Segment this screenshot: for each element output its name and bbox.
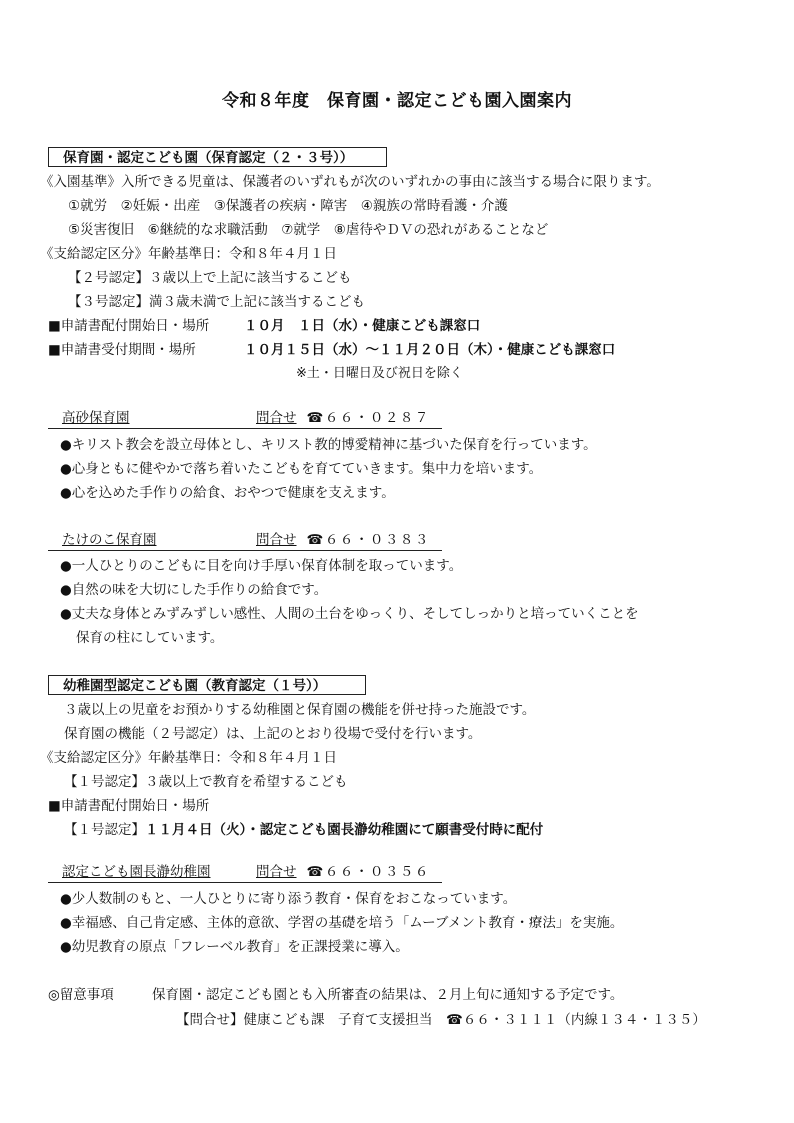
certification-category: 《支給認定区分》年齢基準日：令和８年４月１日 — [40, 244, 337, 264]
facility-header-takasago: 高砂保育園 問合せ☎６６・０２８７ — [48, 408, 442, 429]
page-title: 令和８年度 保育園・認定こども園入園案内 — [0, 86, 794, 111]
facility-name: たけのこ保育園 — [62, 530, 157, 550]
facility-name: 認定こども園長瀞幼稚園 — [62, 862, 211, 882]
facility-bullet-continued: 保育の柱にしています。 — [76, 628, 223, 648]
distribution-label: ■申請書配付開始日・場所 — [48, 316, 209, 336]
section2-description-2: 保育園の機能（２号認定）は、上記のとおり役場で受付を行います。 — [64, 724, 481, 744]
facility-bullet: ●心身ともに健やかで落ち着いたこどもを育てていきます。集中力を培います。 — [60, 459, 542, 479]
inquiry: 問合せ☎６６・０３５６ — [256, 862, 430, 882]
facility-bullet: ●一人ひとりのこどもに目を向け手厚い保育体制を取っています。 — [60, 556, 462, 576]
reasons-line-2: ⑤災害復旧 ⑥継続的な求職活動 ⑦就学 ⑧虐待やＤＶの恐れがあることなど — [68, 220, 548, 240]
section2-description-1: ３歳以上の児童をお預かりする幼稚園と保育園の機能を併せ持った施設です。 — [64, 700, 535, 720]
facility-header-nagatoro: 認定こども園長瀞幼稚園 問合せ☎６６・０３５６ — [48, 862, 442, 883]
distribution-line-2: 【１号認定】１１月４日（火）・認定こども園長瀞幼稚園にて願書受付時に配付 — [64, 820, 543, 840]
facility-name: 高砂保育園 — [62, 408, 130, 428]
inquiry-label: 問合せ — [256, 410, 297, 426]
distribution-label-2: ■申請書配付開始日・場所 — [48, 796, 209, 816]
distribution-value-2: １１月４日（火）・認定こども園長瀞幼稚園にて願書受付時に配付 — [145, 822, 543, 838]
certification-category-2: 《支給認定区分》年齢基準日：令和８年４月１日 — [40, 748, 337, 768]
admission-criteria-intro: 《入園基準》入所できる児童は、保護者のいずれもが次のいずれかの事由に該当する場合… — [40, 172, 660, 192]
inquiry: 問合せ☎６６・０３８３ — [256, 530, 430, 550]
phone-number: ☎６６・０２８７ — [307, 410, 430, 426]
acceptance-label: ■申請書受付期間・場所 — [48, 340, 196, 360]
acceptance-value: １０月１５日（水）～１１月２０日（木）・健康こども課窓口 — [244, 340, 615, 360]
certification-2: 【２号認定】３歳以上で上記に該当するこども — [68, 268, 352, 288]
facility-bullet: ●自然の味を大切にした手作りの給食です。 — [60, 580, 327, 600]
reasons-line-1: ①就労 ②妊娠・出産 ③保護者の疾病・障害 ④親族の常時看護・介護 — [68, 196, 508, 216]
distribution-prefix: 【１号認定】 — [64, 822, 145, 838]
facility-bullet: ●丈夫な身体とみずみずしい感性、人間の土台をゆっくり、そしてしっかりと培っていく… — [60, 604, 639, 624]
contact-info: 【問合せ】健康こども課 子育て支援担当 ☎６６・３１１１（内線１３４・１３５） — [176, 1010, 706, 1030]
inquiry-label: 問合せ — [256, 864, 297, 880]
notice-label: ◎留意事項 — [48, 985, 114, 1005]
facility-bullet: ●幼児教育の原点「フレーベル教育」を正課授業に導入。 — [60, 937, 409, 957]
certification-1: 【１号認定】３歳以上で教育を希望するこども — [64, 772, 348, 792]
section-heading-childcare: 保育園・認定こども園（保育認定（２・３号）） — [48, 147, 387, 167]
facility-bullet: ●幸福感、自己肯定感、主体的意欲、学習の基礎を培う「ムーブメント教育・療法」を実… — [60, 913, 623, 933]
phone-number: ☎６６・０３５６ — [307, 864, 430, 880]
facility-bullet: ●心を込めた手作りの給食、おやつで健康を支えます。 — [60, 483, 395, 503]
distribution-value: １０月 １日（水）・健康こども課窓口 — [244, 316, 480, 336]
facility-bullet: ●少人数制のもと、一人ひとりに寄り添う教育・保育をおこなっています。 — [60, 889, 516, 909]
inquiry-label: 問合せ — [256, 532, 297, 548]
certification-3: 【３号認定】満３歳未満で上記に該当するこども — [68, 292, 365, 312]
section-heading-kindergarten: 幼稚園型認定こども園（教育認定（１号）） — [48, 675, 366, 695]
phone-number: ☎６６・０３８３ — [307, 532, 430, 548]
acceptance-note: ※土・日曜日及び祝日を除く — [296, 364, 463, 384]
notice-text: 保育園・認定こども園とも入所審査の結果は、２月上旬に通知する予定です。 — [152, 985, 623, 1005]
inquiry: 問合せ☎６６・０２８７ — [256, 408, 430, 428]
facility-header-takenoko: たけのこ保育園 問合せ☎６６・０３８３ — [48, 530, 442, 551]
facility-bullet: ●キリスト教会を設立母体とし、キリスト教的博愛精神に基づいた保育を行っています。 — [60, 435, 597, 455]
